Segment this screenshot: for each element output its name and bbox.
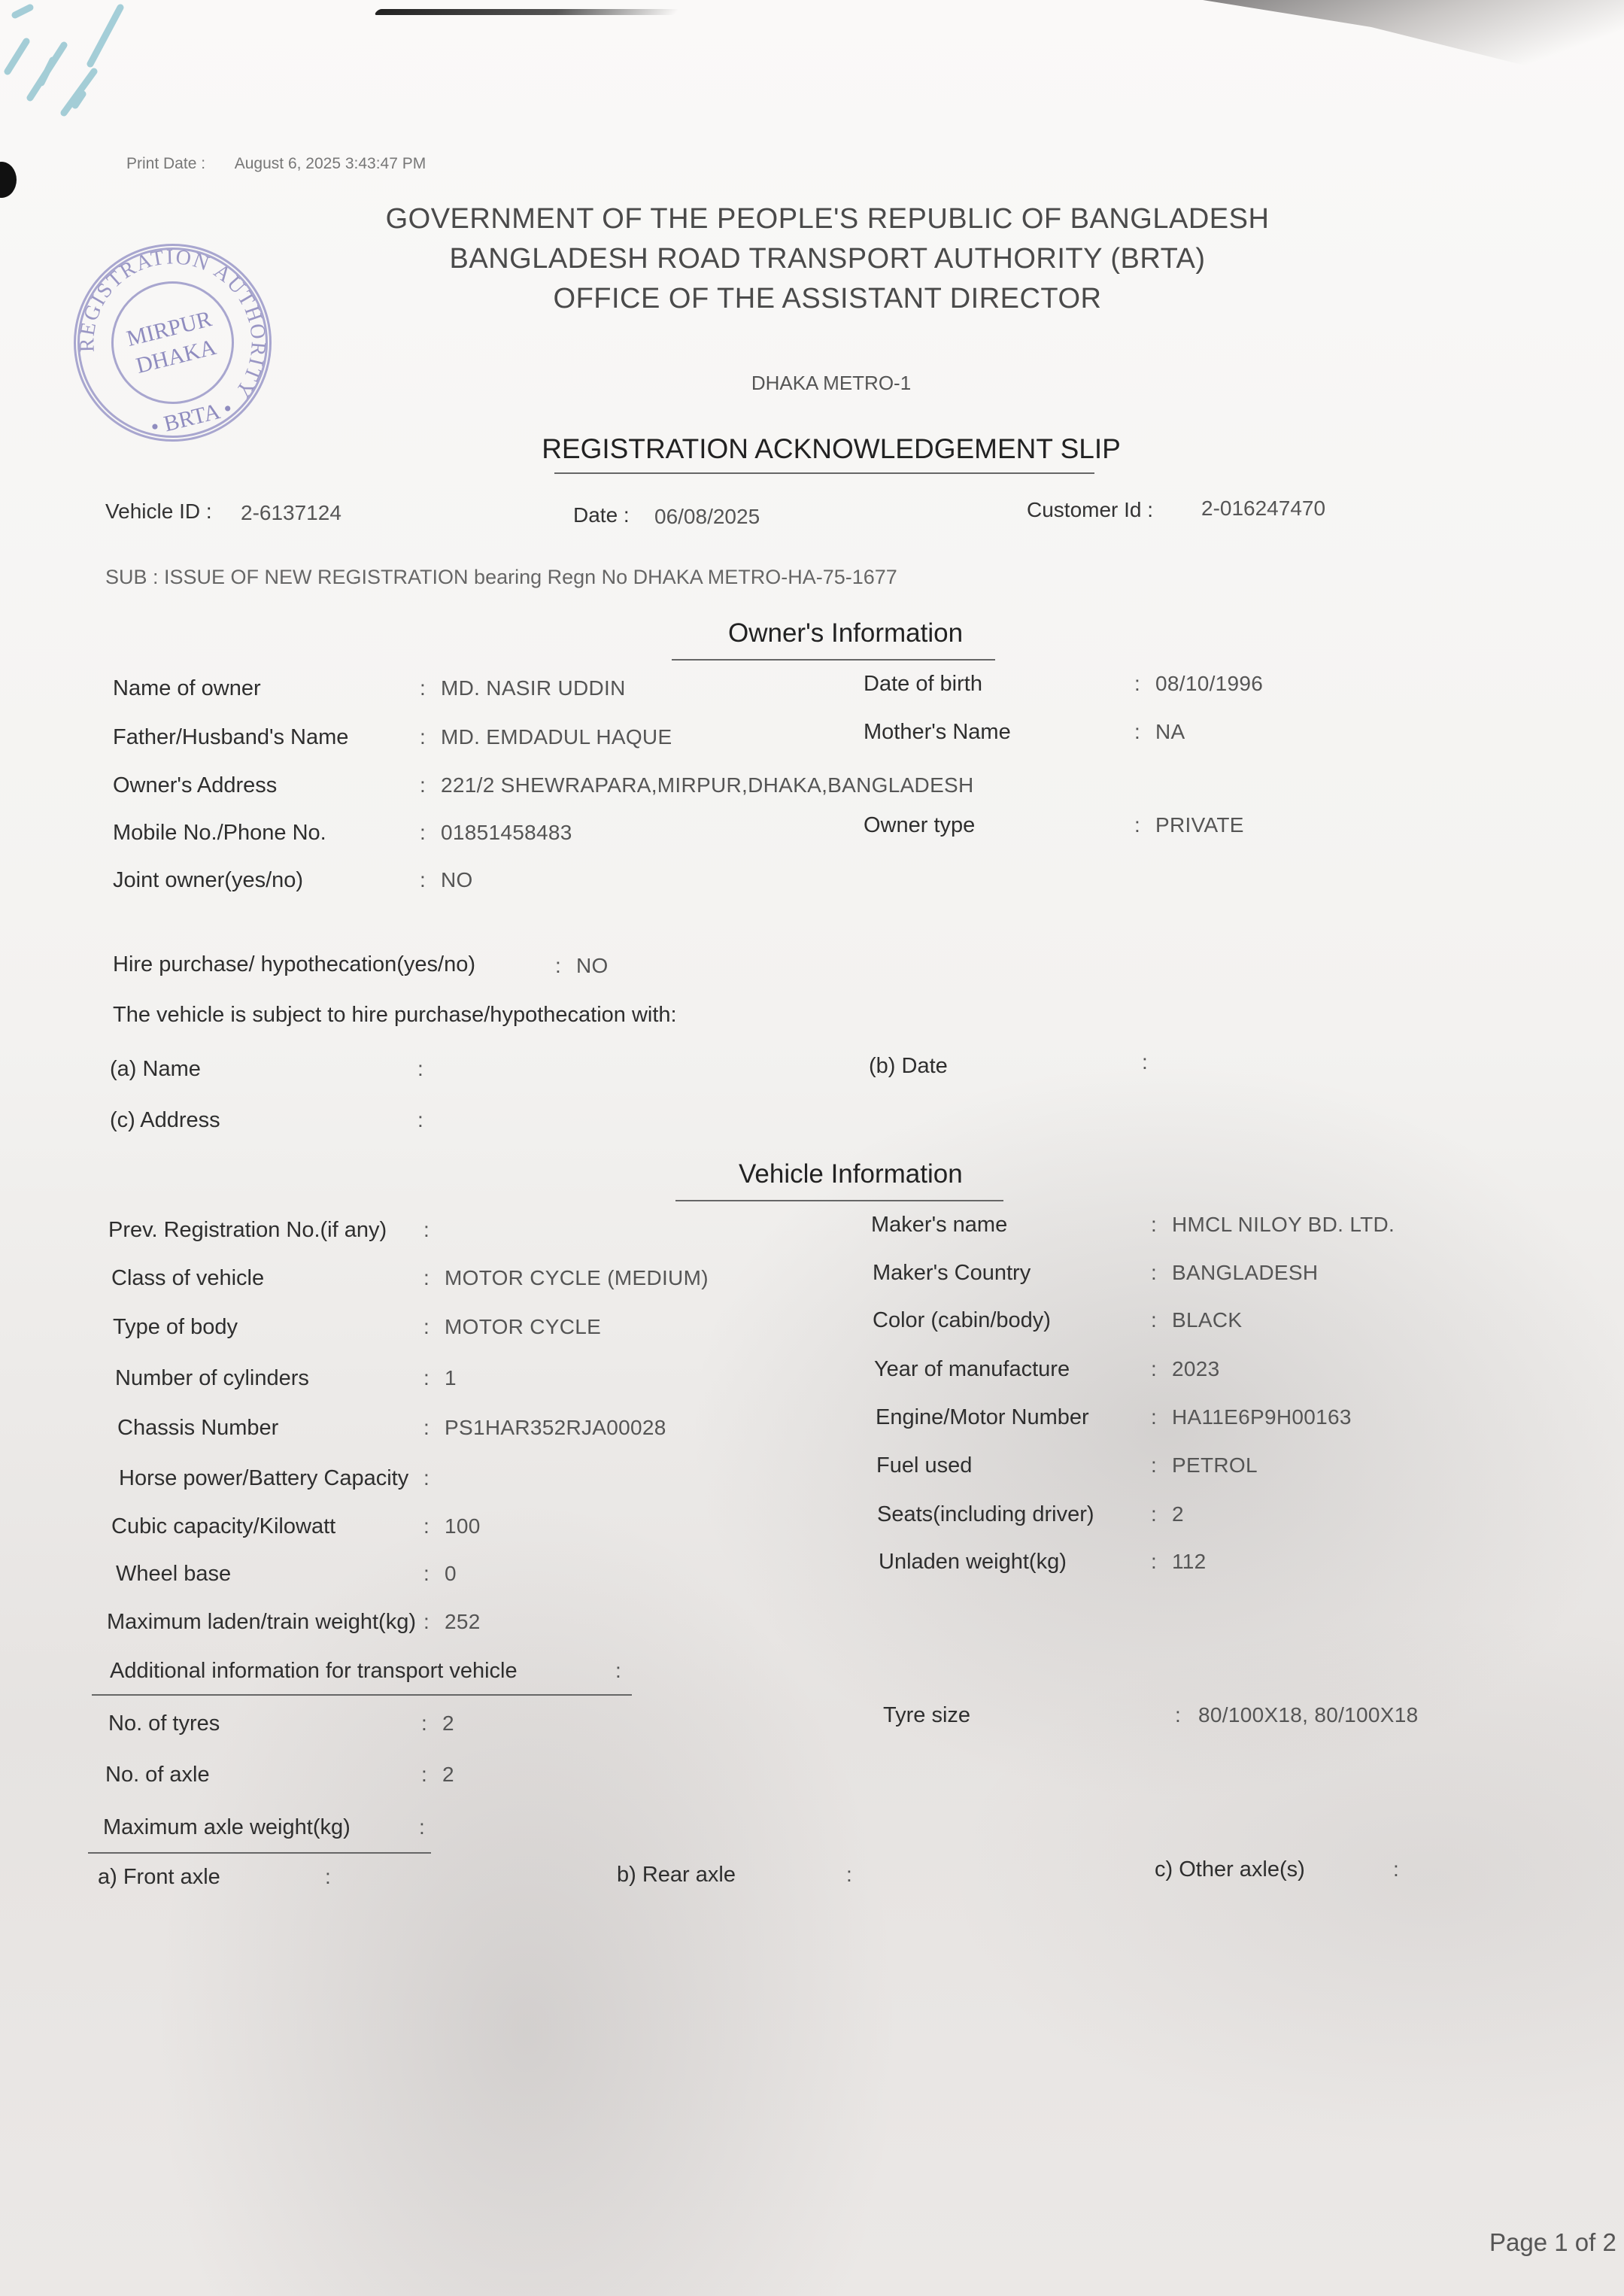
vehicle-field-label: Unladen weight(kg)	[879, 1550, 1067, 1575]
header-line-1: GOVERNMENT OF THE PEOPLE'S REPUBLIC OF B…	[0, 203, 1624, 235]
vehicle-field-label: Chassis Number	[117, 1416, 278, 1441]
tyre-size-label: Tyre size	[883, 1703, 970, 1728]
axle-value: 2	[442, 1763, 454, 1787]
hire-purchase-label: Hire purchase/ hypothecation(yes/no)	[113, 952, 475, 977]
hire-name-colon: :	[417, 1057, 423, 1081]
vehicle-field-value: 252	[445, 1610, 481, 1634]
vehicle-field-value: 1	[445, 1366, 457, 1390]
transport-heading-colon: :	[615, 1659, 621, 1683]
vehicle-field-label: Number of cylinders	[115, 1366, 309, 1391]
owner-field-colon: :	[420, 725, 426, 749]
vehicle-field-label: Cubic capacity/Kilowatt	[111, 1514, 335, 1539]
vehicle-field-value: BANGLADESH	[1172, 1261, 1318, 1285]
tyres-label: No. of tyres	[108, 1711, 220, 1736]
print-date-value: August 6, 2025 3:43:47 PM	[235, 155, 426, 172]
owner-field-label: Mother's Name	[864, 720, 1011, 745]
vehicle-field-value: 100	[445, 1514, 481, 1538]
vehicle-id-label: Vehicle ID :	[105, 500, 212, 524]
vehicle-field-value: BLACK	[1172, 1308, 1242, 1332]
customer-id-value: 2-016247470	[1201, 497, 1325, 521]
tyre-size-colon: :	[1175, 1703, 1181, 1727]
owner-field-label: Father/Husband's Name	[113, 725, 348, 750]
owner-field-label: Mobile No./Phone No.	[113, 821, 326, 846]
vehicle-field-label: Type of body	[113, 1315, 238, 1340]
paper-edge	[374, 9, 680, 15]
vehicle-field-value: 0	[445, 1562, 457, 1586]
vehicle-field-colon: :	[1151, 1213, 1157, 1237]
owner-field-colon: :	[420, 676, 426, 700]
print-date-label: Print Date :	[126, 155, 205, 172]
owner-section-heading: Owner's Information	[728, 618, 963, 648]
vehicle-heading-underline	[675, 1200, 1003, 1201]
max-axle-colon: :	[419, 1815, 425, 1839]
owner-field-value: NA	[1155, 720, 1185, 744]
photo-shadow	[1203, 0, 1624, 90]
vehicle-id-value: 2-6137124	[241, 501, 341, 525]
vehicle-field-label: Horse power/Battery Capacity	[119, 1466, 408, 1491]
vehicle-field-colon: :	[423, 1315, 430, 1339]
vehicle-field-colon: :	[423, 1416, 430, 1440]
vehicle-field-colon: :	[423, 1218, 430, 1242]
vehicle-field-colon: :	[1151, 1405, 1157, 1429]
vehicle-section-heading: Vehicle Information	[739, 1159, 963, 1189]
front-axle-colon: :	[325, 1865, 331, 1889]
vehicle-field-colon: :	[423, 1266, 430, 1290]
vehicle-field-value: MOTOR CYCLE	[445, 1315, 601, 1339]
hire-address-label: (c) Address	[110, 1108, 220, 1133]
axle-label: No. of axle	[105, 1763, 210, 1787]
other-axle-colon: :	[1393, 1857, 1399, 1881]
title-underline	[554, 472, 1094, 474]
owner-field-label: Date of birth	[864, 672, 982, 697]
vehicle-field-value: 2	[1172, 1502, 1184, 1526]
date-value: 06/08/2025	[654, 505, 760, 529]
owner-heading-underline	[672, 659, 995, 661]
vehicle-field-value: 112	[1172, 1550, 1207, 1574]
vehicle-field-value: PS1HAR352RJA00028	[445, 1416, 666, 1440]
header-line-2: BANGLADESH ROAD TRANSPORT AUTHORITY (BRT…	[0, 243, 1624, 275]
max-axle-underline	[88, 1852, 431, 1854]
hire-date-label: (b) Date	[869, 1054, 948, 1079]
handwriting-marks	[0, 0, 150, 128]
owner-field-colon: :	[420, 821, 426, 845]
owner-field-colon: :	[1134, 720, 1140, 744]
owner-field-value: PRIVATE	[1155, 813, 1244, 837]
hire-purchase-colon: :	[555, 954, 561, 978]
owner-field-value: 08/10/1996	[1155, 672, 1263, 696]
owner-field-label: Joint owner(yes/no)	[113, 868, 303, 893]
owner-field-value: NO	[441, 868, 473, 892]
hire-purchase-value: NO	[576, 954, 609, 978]
print-date: Print Date : August 6, 2025 3:43:47 PM	[126, 155, 426, 173]
owner-field-label: Owner type	[864, 813, 975, 838]
owner-field-value: 01851458483	[441, 821, 572, 845]
owner-field-label: Owner's Address	[113, 773, 277, 798]
rear-axle-colon: :	[846, 1863, 852, 1887]
hire-name-label: (a) Name	[110, 1057, 201, 1082]
customer-id-label: Customer Id :	[1027, 498, 1153, 522]
tyres-colon: :	[421, 1711, 427, 1736]
vehicle-field-colon: :	[1151, 1502, 1157, 1526]
vehicle-field-colon: :	[423, 1562, 430, 1586]
vehicle-field-label: Prev. Registration No.(if any)	[108, 1218, 387, 1243]
transport-heading: Additional information for transport veh…	[110, 1659, 518, 1684]
owner-field-colon: :	[1134, 672, 1140, 696]
vehicle-field-label: Engine/Motor Number	[876, 1405, 1089, 1430]
front-axle-label: a) Front axle	[98, 1865, 220, 1890]
owner-field-value: 221/2 SHEWRAPARA,MIRPUR,DHAKA,BANGLADESH	[441, 773, 974, 797]
vehicle-field-label: Color (cabin/body)	[873, 1308, 1051, 1333]
vehicle-field-label: Wheel base	[116, 1562, 231, 1587]
vehicle-field-label: Maker's name	[871, 1213, 1007, 1238]
vehicle-field-label: Year of manufacture	[874, 1357, 1070, 1382]
vehicle-field-label: Seats(including driver)	[877, 1502, 1094, 1527]
hire-subject-line: The vehicle is subject to hire purchase/…	[113, 1003, 677, 1028]
owner-field-value: MD. EMDADUL HAQUE	[441, 725, 672, 749]
vehicle-field-label: Fuel used	[876, 1453, 972, 1478]
date-label: Date :	[573, 503, 630, 527]
tyre-size-value: 80/100X18, 80/100X18	[1198, 1703, 1418, 1727]
owner-field-colon: :	[420, 868, 426, 892]
vehicle-field-colon: :	[423, 1610, 430, 1634]
vehicle-field-value: MOTOR CYCLE (MEDIUM)	[445, 1266, 709, 1290]
owner-field-colon: :	[420, 773, 426, 797]
hire-address-colon: :	[417, 1108, 423, 1132]
subject-line: SUB : ISSUE OF NEW REGISTRATION bearing …	[105, 566, 897, 589]
axle-colon: :	[421, 1763, 427, 1787]
vehicle-field-colon: :	[423, 1466, 430, 1490]
punch-hole	[0, 162, 17, 198]
owner-field-value: MD. NASIR UDDIN	[441, 676, 626, 700]
document-title: REGISTRATION ACKNOWLEDGEMENT SLIP	[0, 433, 1624, 465]
other-axle-label: c) Other axle(s)	[1155, 1857, 1305, 1882]
vehicle-field-colon: :	[423, 1366, 430, 1390]
vehicle-field-value: HA11E6P9H00163	[1172, 1405, 1352, 1429]
vehicle-field-value: HMCL NILOY BD. LTD.	[1172, 1213, 1395, 1237]
owner-field-colon: :	[1134, 813, 1140, 837]
tyres-value: 2	[442, 1711, 454, 1736]
vehicle-field-label: Maximum laden/train weight(kg)	[107, 1610, 416, 1635]
office-name: DHAKA METRO-1	[0, 372, 1624, 395]
vehicle-field-colon: :	[1151, 1453, 1157, 1478]
vehicle-field-value: 2023	[1172, 1357, 1220, 1381]
owner-field-label: Name of owner	[113, 676, 261, 701]
vehicle-field-colon: :	[423, 1514, 430, 1538]
vehicle-field-label: Class of vehicle	[111, 1266, 264, 1291]
rear-axle-label: b) Rear axle	[617, 1863, 736, 1888]
max-axle-label: Maximum axle weight(kg)	[103, 1815, 351, 1840]
vehicle-field-colon: :	[1151, 1550, 1157, 1574]
vehicle-field-colon: :	[1151, 1261, 1157, 1285]
transport-heading-underline	[92, 1694, 632, 1696]
header-line-3: OFFICE OF THE ASSISTANT DIRECTOR	[0, 283, 1624, 315]
vehicle-field-colon: :	[1151, 1357, 1157, 1381]
page-number: Page 1 of 2	[1489, 2228, 1616, 2257]
vehicle-field-colon: :	[1151, 1308, 1157, 1332]
vehicle-field-label: Maker's Country	[873, 1261, 1031, 1286]
hire-date-colon: :	[1142, 1050, 1148, 1074]
vehicle-field-value: PETROL	[1172, 1453, 1258, 1478]
